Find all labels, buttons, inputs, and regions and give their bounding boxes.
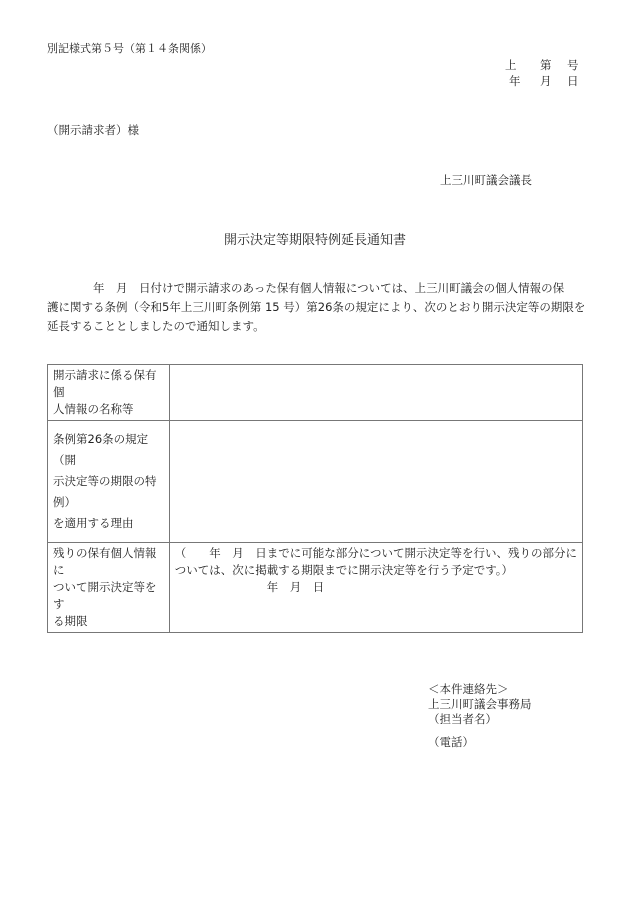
row-label-reason: 条例第26条の規定（開 示決定等の期限の特例） を適用する理由 xyxy=(48,421,170,543)
table-row: 残りの保有個人情報に ついて開示決定等をす る期限 （ 年 月 日までに可能な部… xyxy=(48,543,583,633)
contact-person: （担当者名） xyxy=(428,712,532,727)
number-prefix: 上 xyxy=(505,57,517,73)
number-go: 号 xyxy=(567,57,579,73)
date-month: 月 xyxy=(540,73,552,89)
contact-office: 上三川町議会事務局 xyxy=(428,697,532,712)
document-title: 開示決定等期限特例延長通知書 xyxy=(0,229,630,248)
table-row: 開示請求に係る保有個 人情報の名称等 xyxy=(48,365,583,421)
row-value-reason[interactable] xyxy=(169,421,582,543)
number-dai: 第 xyxy=(540,57,552,73)
contact-block: ＜本件連絡先＞ 上三川町議会事務局 （担当者名） （電話） xyxy=(428,682,532,750)
row-value-info-name[interactable] xyxy=(169,365,582,421)
body-line: 年 月 日付けで開示請求のあった保有個人情報については、上三川町議会の個人情報の… xyxy=(47,279,587,298)
table-row: 条例第26条の規定（開 示決定等の期限の特例） を適用する理由 xyxy=(48,421,583,543)
addressee: （開示請求者）様 xyxy=(47,122,139,138)
row-label-deadline: 残りの保有個人情報に ついて開示決定等をす る期限 xyxy=(48,543,170,633)
row-value-deadline: （ 年 月 日までに可能な部分について開示決定等を行い、残りの部分に ついては、… xyxy=(169,543,582,633)
contact-phone: （電話） xyxy=(428,735,532,750)
date-year: 年 xyxy=(509,73,521,89)
contact-heading: ＜本件連絡先＞ xyxy=(428,682,532,697)
form-identifier: 別記様式第５号（第１４条関係） xyxy=(47,40,212,56)
body-line: 護に関する条例（令和5年上三川町条例第 15 号）第26条の規定により、次のとお… xyxy=(47,298,587,317)
body-line: 延長することとしましたので通知します。 xyxy=(47,317,587,336)
info-table: 開示請求に係る保有個 人情報の名称等 条例第26条の規定（開 示決定等の期限の特… xyxy=(47,364,583,633)
body-paragraph: 年 月 日付けで開示請求のあった保有個人情報については、上三川町議会の個人情報の… xyxy=(47,279,587,336)
date-day: 日 xyxy=(567,73,579,89)
sender: 上三川町議会議長 xyxy=(440,172,532,188)
row-label-info-name: 開示請求に係る保有個 人情報の名称等 xyxy=(48,365,170,421)
